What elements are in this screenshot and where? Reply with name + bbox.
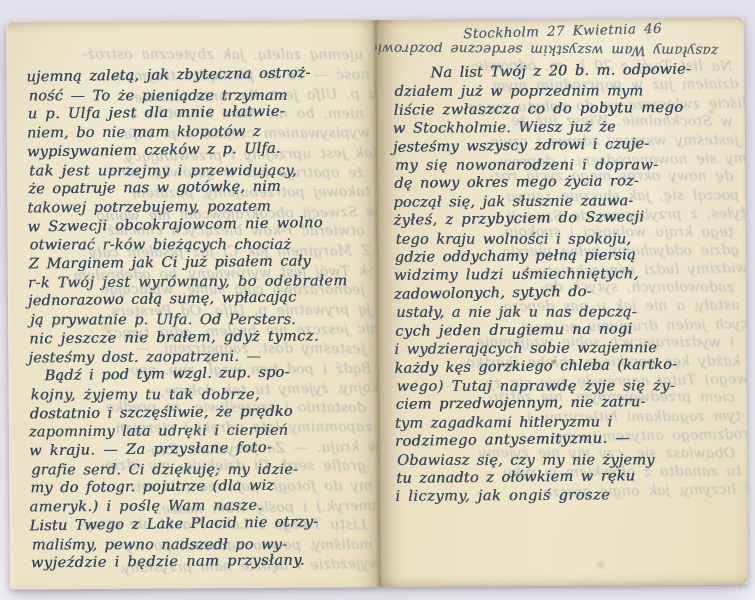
handwriting-line: liście zwłaszcza co do pobytu mego [394, 98, 742, 120]
right-page-content: Stockholm 27 Kwietnia 46 zasyłamy Wam ws… [375, 21, 747, 506]
handwriting-line: dostatnio i szczęśliwie, że prędko [30, 401, 375, 423]
handwriting-line: wyjeździe i będzie nam przysłany. [31, 551, 376, 573]
handwriting-line: żyłeś, z przybyciem do Szwecji [393, 207, 741, 231]
handwriting-line: jednorazowo całą sumę, wpłacając [28, 288, 373, 312]
left-page-text: ujemną zaletą, jak zbyteczna ostroż-ność… [6, 20, 379, 574]
handwriting-line: Z Marginem jak Ci już pisałem cały [29, 252, 374, 274]
handwriting-line: ciem przedwojennym, nie zatru- [396, 393, 744, 415]
handwriting-line: nic jeszcze nie brałem, gdyż tymcz. [29, 327, 374, 349]
handwriting-line: ujemną zaletą, jak zbyteczna ostroż- [26, 63, 371, 87]
handwriting-line: rodzimego antysemityzmu. — [395, 428, 743, 452]
handwriting-line: zadowolonych, sytych do- [394, 281, 742, 305]
letter-page-left: ujemną zaletą, jak zbyteczna ostroż-ność… [6, 20, 379, 590]
handwriting-line: u p. Ulfa jest dla mnie ułatwie- [28, 102, 373, 124]
handwriting-line: my do fotogr. pojutrze (dla wiz [30, 476, 375, 498]
handwriting-line: że opatruje nas w gotówkę, nim [28, 177, 373, 199]
handwriting-line: Bądź i pod tym wzgl. zup. spo- [28, 363, 373, 387]
right-page-text: Na list Twój z 20 b. m. odpowie-działem … [375, 56, 747, 506]
handwriting-line: wypisywaniem czeków z p. Ulfa. [27, 138, 372, 162]
handwriting-line: dę nowy okres mego życia roz- [394, 172, 742, 194]
handwriting-line: i liczymy, jak ongiś grosze [395, 486, 743, 507]
handwritten-letter: ujemną zaletą, jak zbyteczna ostroż-ność… [6, 17, 748, 589]
handwriting-line: tu zanadto z ołówkiem w ręku [396, 466, 744, 488]
handwriting-line: Na list Twój z 20 b. m. odpowie- [392, 60, 740, 84]
handwriting-line: gdzie oddychamy pełną piersią [395, 245, 743, 267]
handwriting-line: Listu Twego z Lake Placid nie otrzy- [29, 512, 374, 536]
handwriting-line: cych jeden drugiemu na nogi [395, 319, 743, 341]
handwriting-line: w kraju. — Za przysłane foto- [29, 437, 374, 461]
letter-page-right: Na list Twój z 20 b. m. odpowie-działem … [375, 17, 748, 587]
